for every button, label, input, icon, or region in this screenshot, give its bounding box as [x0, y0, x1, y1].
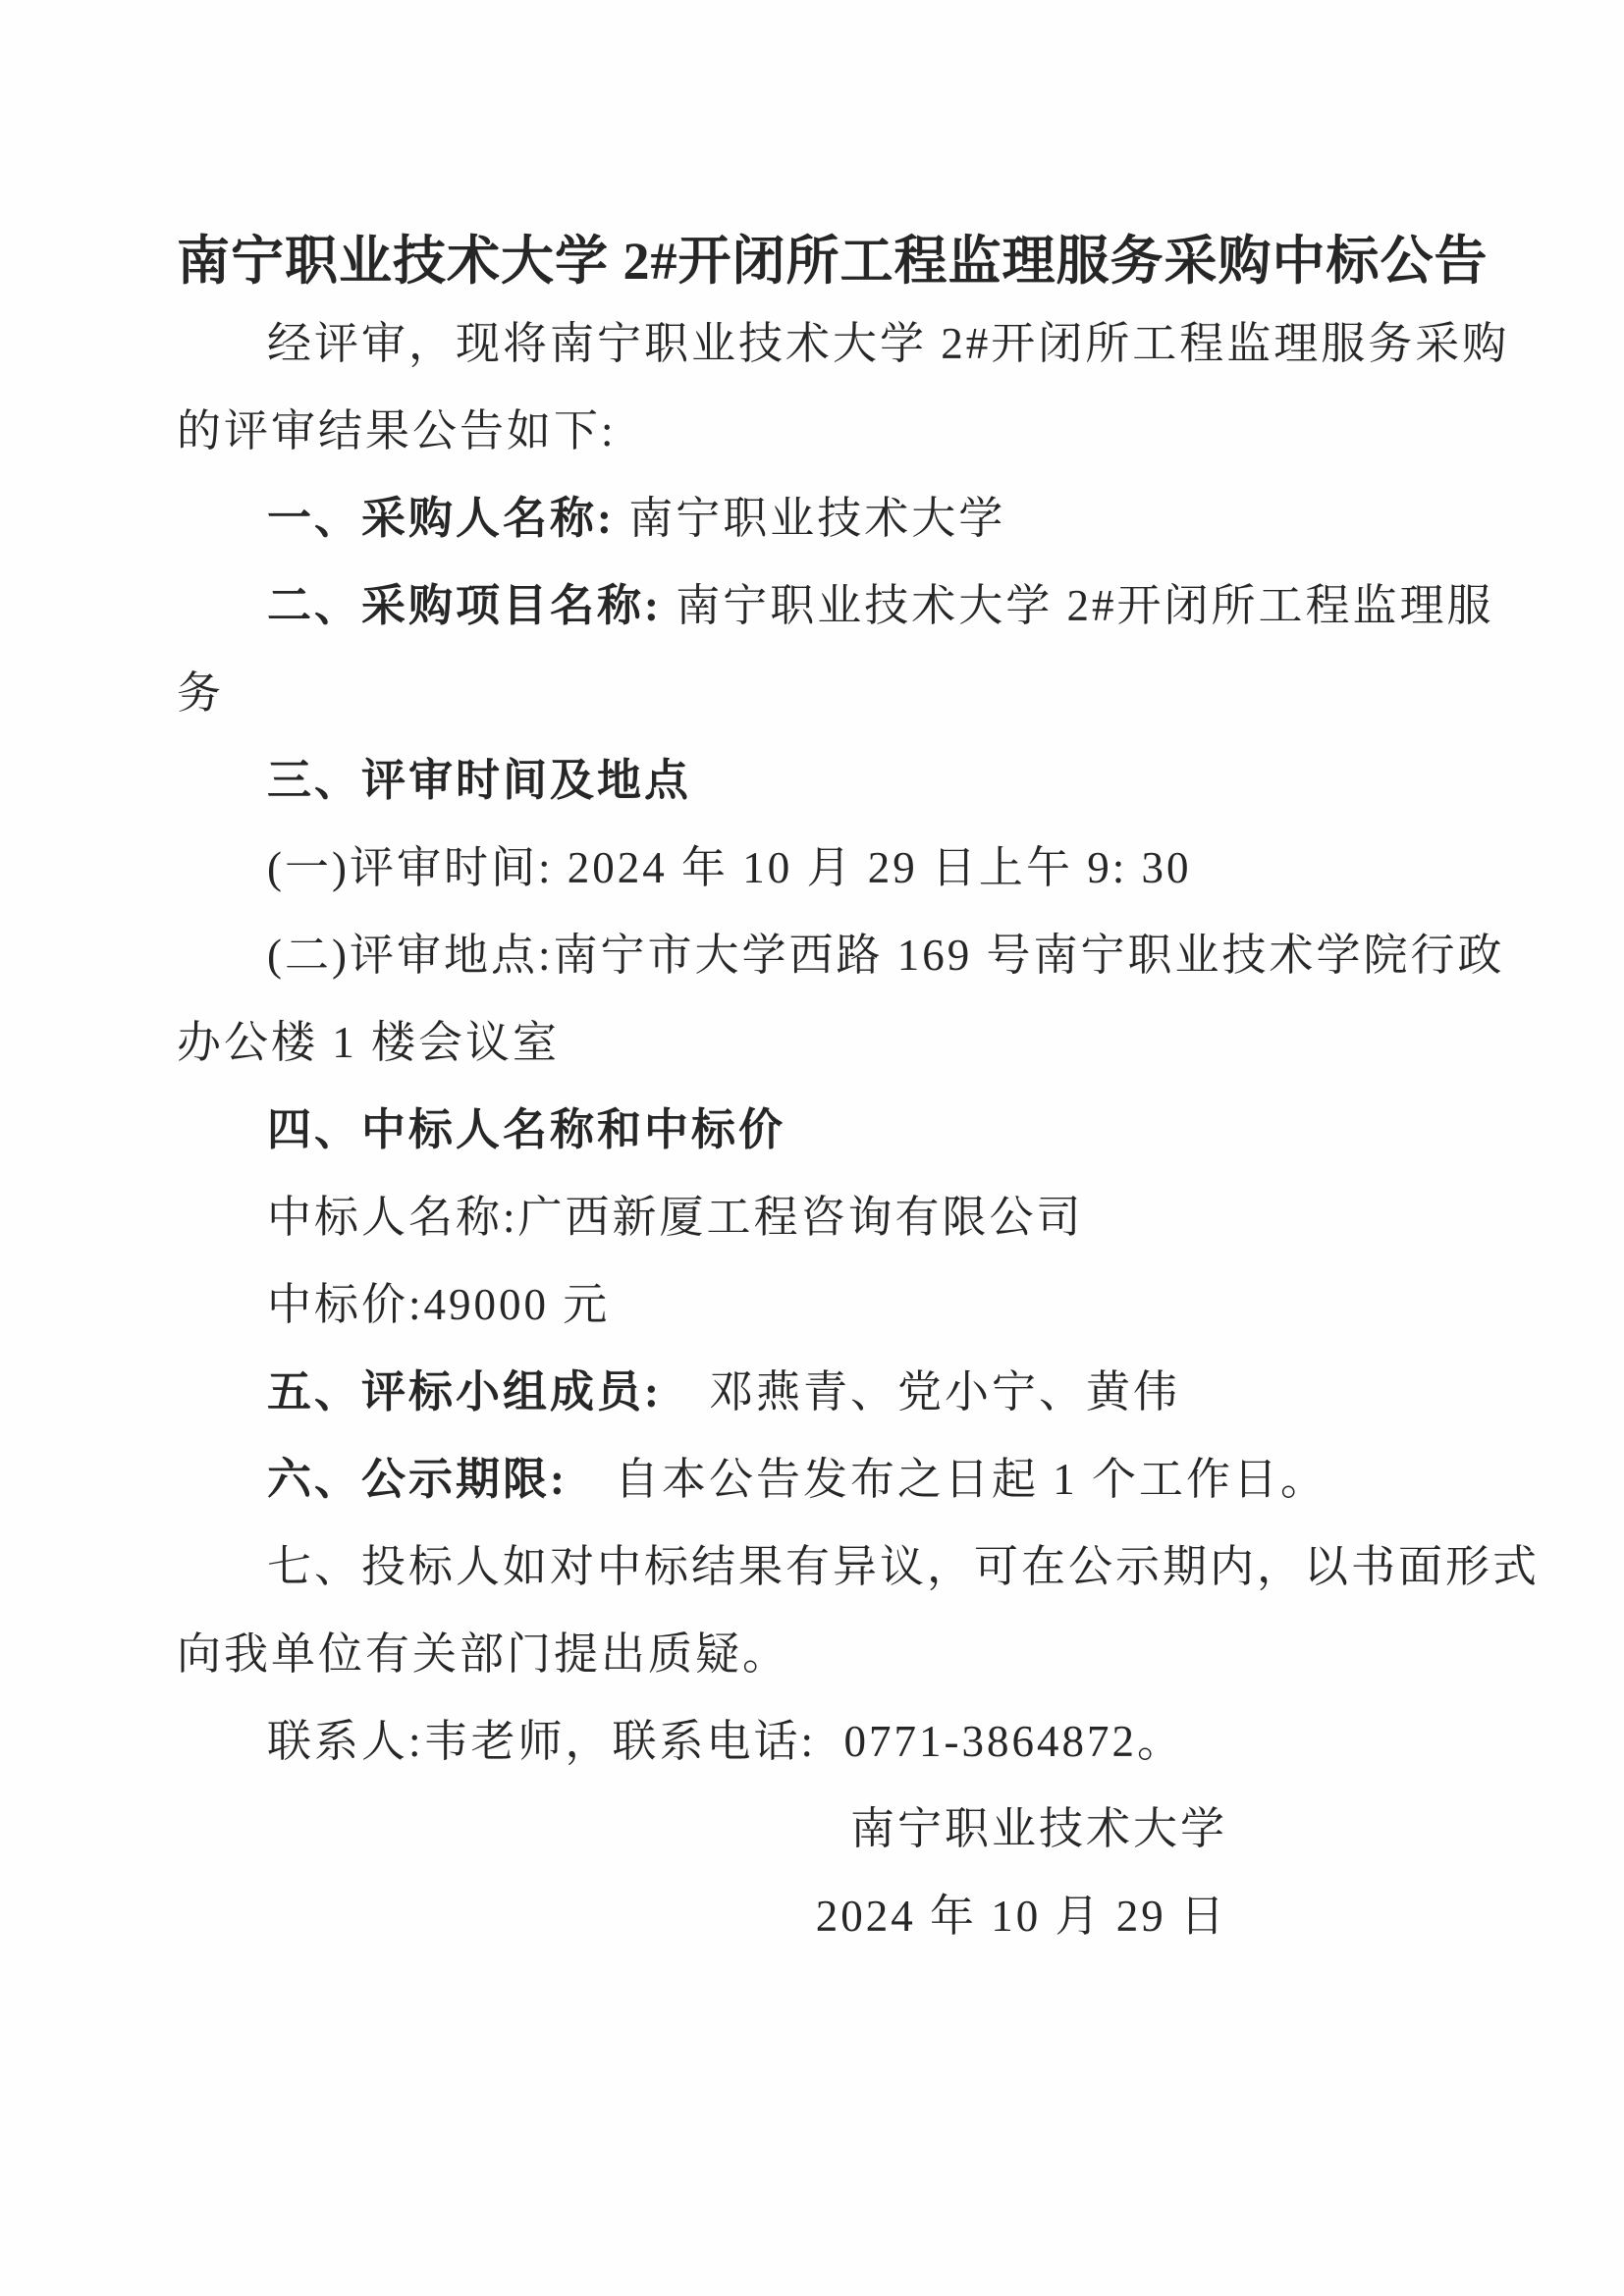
- section-review-time-place-heading: 三、评审时间及地点: [177, 737, 1463, 825]
- line-text: 七、投标人如对中标结果有异议，可在公示期内，以书面形式: [267, 1542, 1540, 1591]
- line-text: 自本公告发布之日起 1 个工作日。: [568, 1455, 1327, 1504]
- section-project-name-line-2: 务: [177, 650, 1463, 737]
- line-text: 的评审结果公告如下:: [177, 406, 617, 455]
- line-bold-label: 一、采购人名称:: [267, 494, 615, 543]
- section-publicity-period: 六、公示期限: 自本公告发布之日起 1 个工作日。: [177, 1436, 1463, 1523]
- intro-line-1: 经评审，现将南宁职业技术大学 2#开闭所工程监理服务采购: [177, 300, 1463, 388]
- line-text: 南宁职业技术大学: [850, 1804, 1227, 1853]
- line-text: 向我单位有关部门提出质疑。: [177, 1629, 789, 1679]
- line-text: 联系人:韦老师，联系电话: 0771-3864872。: [267, 1717, 1184, 1766]
- section-project-name-line-1: 二、采购项目名称: 南宁职业技术大学 2#开闭所工程监理服: [177, 562, 1463, 650]
- section-evaluation-panel: 五、评标小组成员: 邓燕青、党小宁、黄伟: [177, 1349, 1463, 1436]
- line-text: 经评审，现将南宁职业技术大学 2#开闭所工程监理服务采购: [267, 319, 1509, 368]
- line-text: 2024 年 10 月 29 日: [816, 1892, 1227, 1941]
- line-text: 南宁职业技术大学: [615, 494, 1005, 543]
- line-text: 务: [177, 668, 224, 718]
- review-place-line-1: (二)评审地点:南宁市大学西路 169 号南宁职业技术学院行政: [177, 912, 1463, 999]
- line-text: (二)评审地点:南宁市大学西路 169 号南宁职业技术学院行政: [267, 931, 1504, 980]
- signature-date: 2024 年 10 月 29 日: [177, 1873, 1463, 1960]
- line-text: 办公楼 1 楼会议室: [177, 1018, 560, 1067]
- contact-info: 联系人:韦老师，联系电话: 0771-3864872。: [177, 1698, 1463, 1786]
- line-text: 邓燕青、党小宁、黄伟: [662, 1367, 1180, 1416]
- winning-price: 中标价:49000 元: [177, 1261, 1463, 1349]
- intro-line-2: 的评审结果公告如下:: [177, 388, 1463, 475]
- section-objection-line-2: 向我单位有关部门提出质疑。: [177, 1611, 1463, 1698]
- line-bold-label: 三、评审时间及地点: [267, 756, 691, 805]
- section-purchaser: 一、采购人名称: 南宁职业技术大学: [177, 475, 1463, 562]
- line-bold-label: 四、中标人名称和中标价: [267, 1105, 785, 1154]
- line-text: 中标人名称:广西新厦工程咨询有限公司: [267, 1193, 1084, 1242]
- review-time: (一)评审时间: 2024 年 10 月 29 日上午 9: 30: [177, 825, 1463, 912]
- document-page: 南宁职业技术大学 2#开闭所工程监理服务采购中标公告 经评审，现将南宁职业技术大…: [0, 0, 1624, 2296]
- line-text: 南宁职业技术大学 2#开闭所工程监理服: [662, 581, 1494, 630]
- winner-name: 中标人名称:广西新厦工程咨询有限公司: [177, 1174, 1463, 1261]
- line-text: 中标价:49000 元: [267, 1280, 610, 1329]
- section-objection-line-1: 七、投标人如对中标结果有异议，可在公示期内，以书面形式: [177, 1523, 1463, 1611]
- line-bold-label: 六、公示期限:: [267, 1455, 568, 1504]
- section-winner-heading: 四、中标人名称和中标价: [177, 1087, 1463, 1174]
- line-bold-label: 二、采购项目名称:: [267, 581, 662, 630]
- review-place-line-2: 办公楼 1 楼会议室: [177, 999, 1463, 1087]
- line-text: (一)评审时间: 2024 年 10 月 29 日上午 9: 30: [267, 843, 1191, 892]
- signature-org: 南宁职业技术大学: [177, 1786, 1463, 1873]
- document-title: 南宁职业技术大学 2#开闭所工程监理服务采购中标公告: [177, 222, 1463, 300]
- line-bold-label: 五、评标小组成员:: [267, 1367, 662, 1416]
